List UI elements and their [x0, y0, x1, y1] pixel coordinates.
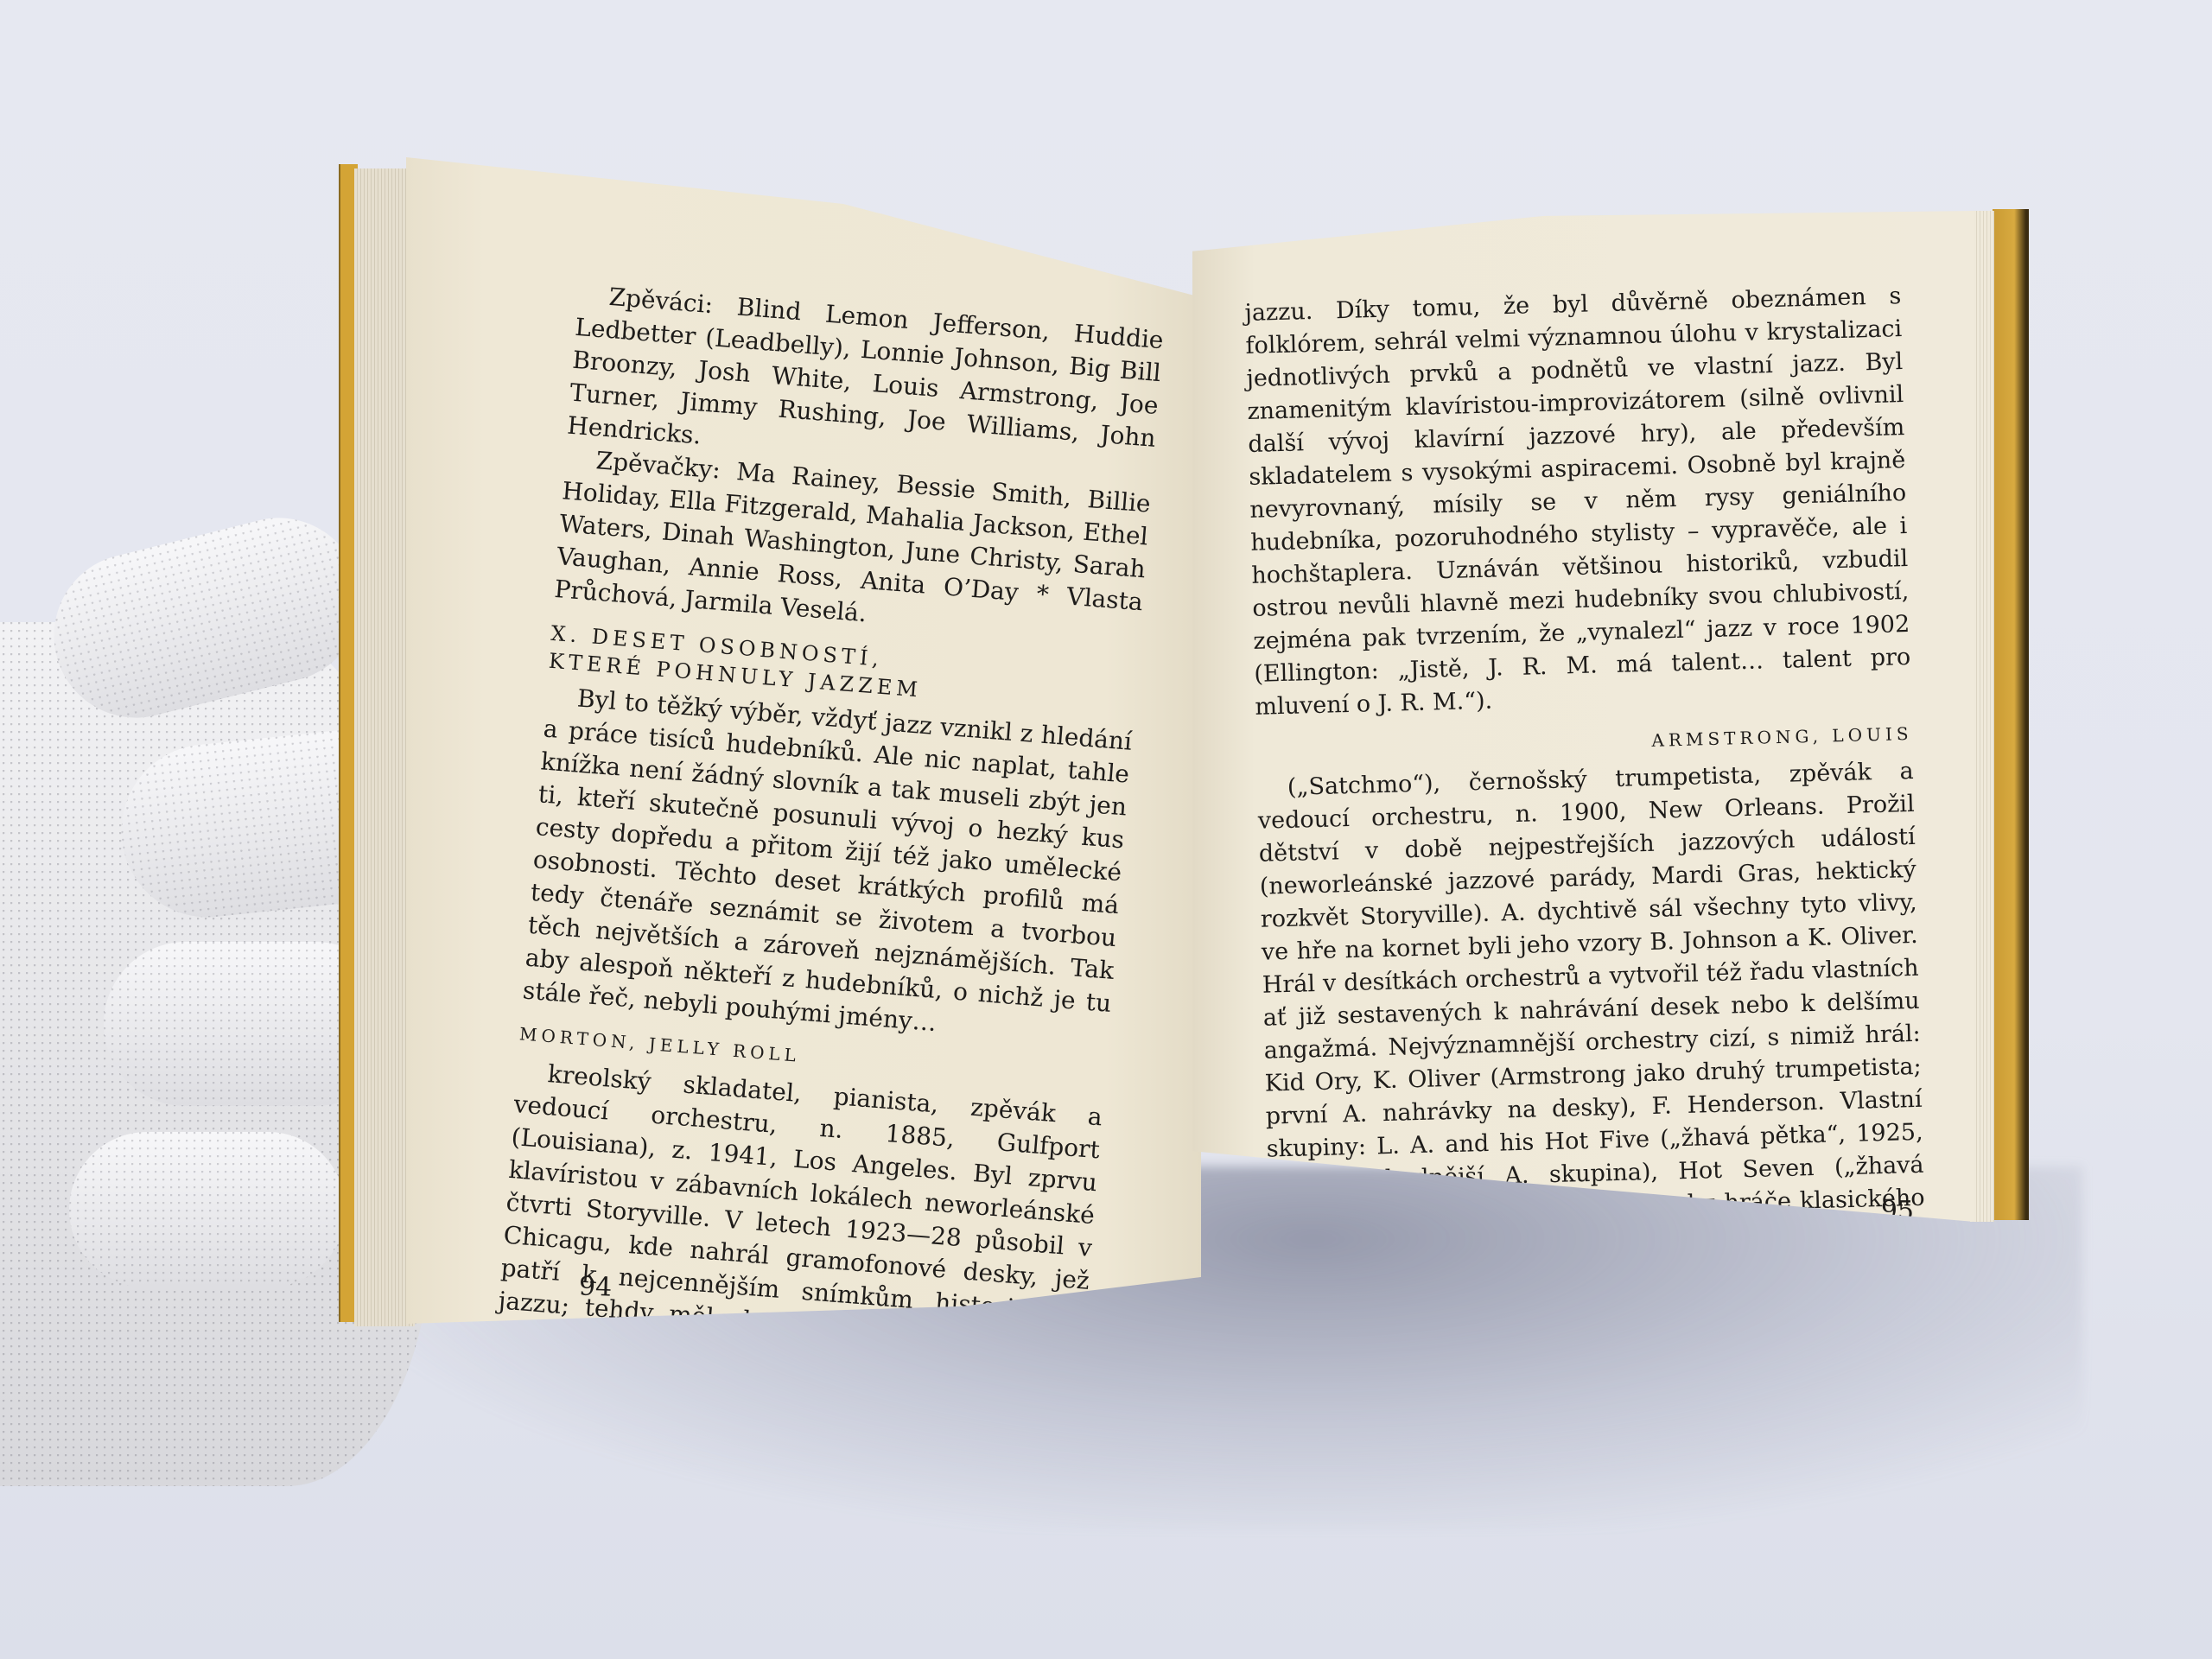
chapter-intro-paragraph: Byl to těžký výběr, vždyť jazz vznikl z … [522, 680, 1134, 1053]
right-page: jazzu. Díky tomu, že byl důvěrně obeznám… [1192, 211, 1974, 1222]
morton-continuation-paragraph: jazzu. Díky tomu, že byl důvěrně obeznám… [1244, 280, 1912, 724]
page-stack-left [354, 168, 415, 1326]
page-number-left: 94 [578, 1271, 612, 1302]
glove-finger [69, 1132, 346, 1287]
left-page: Zpěváci: Blind Lemon Jefferson, Huddie L… [406, 157, 1201, 1324]
book-cover-right-edge [1993, 209, 2029, 1220]
